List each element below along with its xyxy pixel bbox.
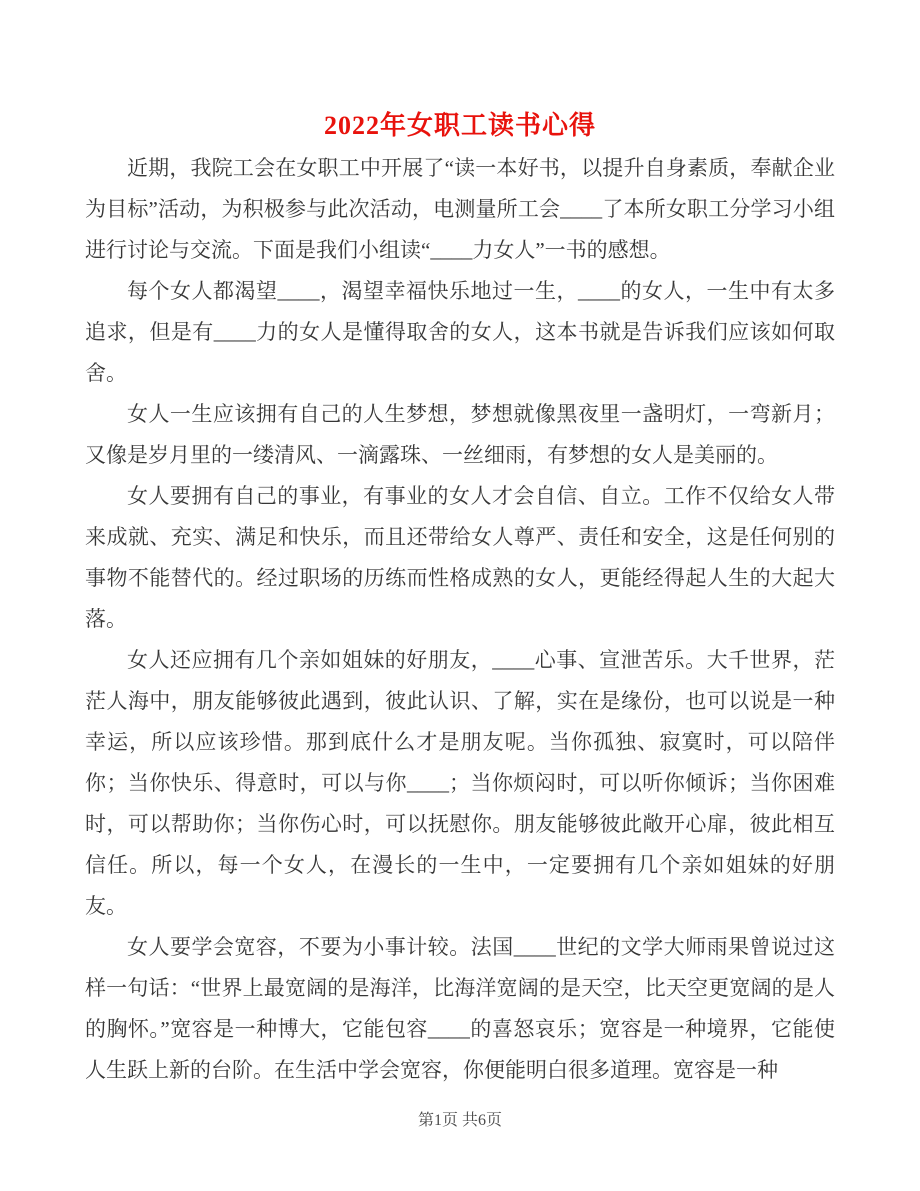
paragraph-dream: 女人一生应该拥有自己的人生梦想，梦想就像黑夜里一盏明灯，一弯新月；又像是岁月里的… <box>85 394 835 476</box>
paragraph-intro: 近期，我院工会在女职工中开展了“读一本好书，以提升自身素质，奉献企业为目标”活动… <box>85 148 835 271</box>
paragraph-friends: 女人还应拥有几个亲如姐妹的好朋友，____心事、宣泄苦乐。大千世界，茫茫人海中，… <box>85 640 835 927</box>
paragraph-tolerance: 女人要学会宽容，不要为小事计较。法国____世纪的文学大师雨果曾说过这样一句话：… <box>85 927 835 1091</box>
paragraph-career: 女人要拥有自己的事业，有事业的女人才会自信、自立。工作不仅给女人带来成就、充实、… <box>85 476 835 640</box>
document-title: 2022年女职工读书心得 <box>85 109 835 143</box>
page-footer: 第1页 共6页 <box>0 1111 920 1131</box>
document-page: 2022年女职工读书心得 近期，我院工会在女职工中开展了“读一本好书，以提升自身… <box>0 0 920 1191</box>
page-number: 第1页 共6页 <box>418 1112 502 1129</box>
paragraph-desire: 每个女人都渴望____，渴望幸福快乐地过一生，____的女人，一生中有太多追求，… <box>85 271 835 394</box>
document-body: 近期，我院工会在女职工中开展了“读一本好书，以提升自身素质，奉献企业为目标”活动… <box>85 148 835 1091</box>
